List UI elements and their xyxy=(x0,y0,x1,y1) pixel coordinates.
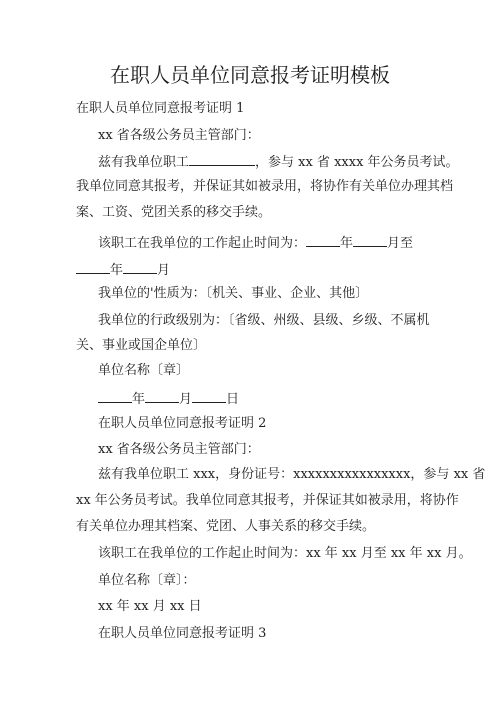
year-label: 年 xyxy=(110,263,123,278)
paragraph-1-line-1: 兹有我单位职工，参与 xx 省 xxxx 年公务员考试。 xyxy=(98,153,459,171)
admin-level-line-1: 我单位的行政级别为：〔省级、州级、县级、乡级、不属机 xyxy=(98,313,424,329)
year-blank xyxy=(306,234,340,247)
month-blank xyxy=(123,261,157,274)
period-label: 该职工在我单位的工作起止时间为： xyxy=(98,236,306,251)
month-label: 月 xyxy=(179,392,192,407)
day-label: 日 xyxy=(226,392,239,407)
unit-nature: 我单位的'性质为：〔机关、事业、企业、其他〕 xyxy=(98,286,368,302)
unit-name-stamp-1: 单位名称〔章〕 xyxy=(98,363,189,379)
year-label: 年 xyxy=(132,392,145,407)
month-label: 月 xyxy=(157,263,170,278)
paragraph-1-line-3: 案、工资、党团关系的移交手续。 xyxy=(76,205,271,221)
section-heading-1: 在职人员单位同意报考证明 1 xyxy=(76,101,244,117)
section-heading-3: 在职人员单位同意报考证明 3 xyxy=(98,626,266,642)
paragraph-2-line-1: 兹有我单位职工 xxx，身份证号：xxxxxxxxxxxxxxxx，参与 xx … xyxy=(98,467,424,483)
month-blank xyxy=(145,390,179,403)
year-blank xyxy=(76,261,110,274)
work-period-2: 该职工在我单位的工作起止时间为：xx 年 xx 月至 xx 年 xx 月。 xyxy=(98,546,472,562)
year-label: 年 xyxy=(340,236,353,251)
day-blank xyxy=(192,390,226,403)
document-title: 在职人员单位同意报考证明模板 xyxy=(0,63,500,87)
salutation-1: xx 省各级公务员主管部门： xyxy=(98,128,260,144)
month-blank xyxy=(353,234,387,247)
paragraph-1-line-2: 我单位同意其报考，并保证其如被录用，将协作有关单位办理其档 xyxy=(76,179,424,195)
date-line-2: xx 年 xx 月 xx 日 xyxy=(98,599,202,615)
para-text: 兹有我单位职工 xyxy=(98,155,189,170)
work-period-1: 该职工在我单位的工作起止时间为：年月至 xyxy=(98,234,413,252)
work-period-1-end: 年月 xyxy=(76,261,170,279)
admin-level-line-2: 关、事业或国企单位〕 xyxy=(76,338,206,354)
paragraph-2-line-2: xx 年公务员考试。我单位同意其报考，并保证其如被录用，将协作 xyxy=(76,493,424,509)
date-line-1: 年月日 xyxy=(98,390,239,408)
salutation-2: xx 省各级公务员主管部门： xyxy=(98,442,260,458)
paragraph-2-line-3: 有关单位办理其档案、党团、人事关系的移交手续。 xyxy=(76,519,375,535)
month-to-label: 月至 xyxy=(387,236,413,251)
section-heading-2: 在职人员单位同意报考证明 2 xyxy=(98,416,266,432)
unit-name-stamp-2: 单位名称〔章〕： xyxy=(98,573,196,589)
name-blank xyxy=(189,153,255,166)
para-text: ，参与 xx 省 xxxx 年公务员考试。 xyxy=(255,155,459,170)
year-blank xyxy=(98,390,132,403)
